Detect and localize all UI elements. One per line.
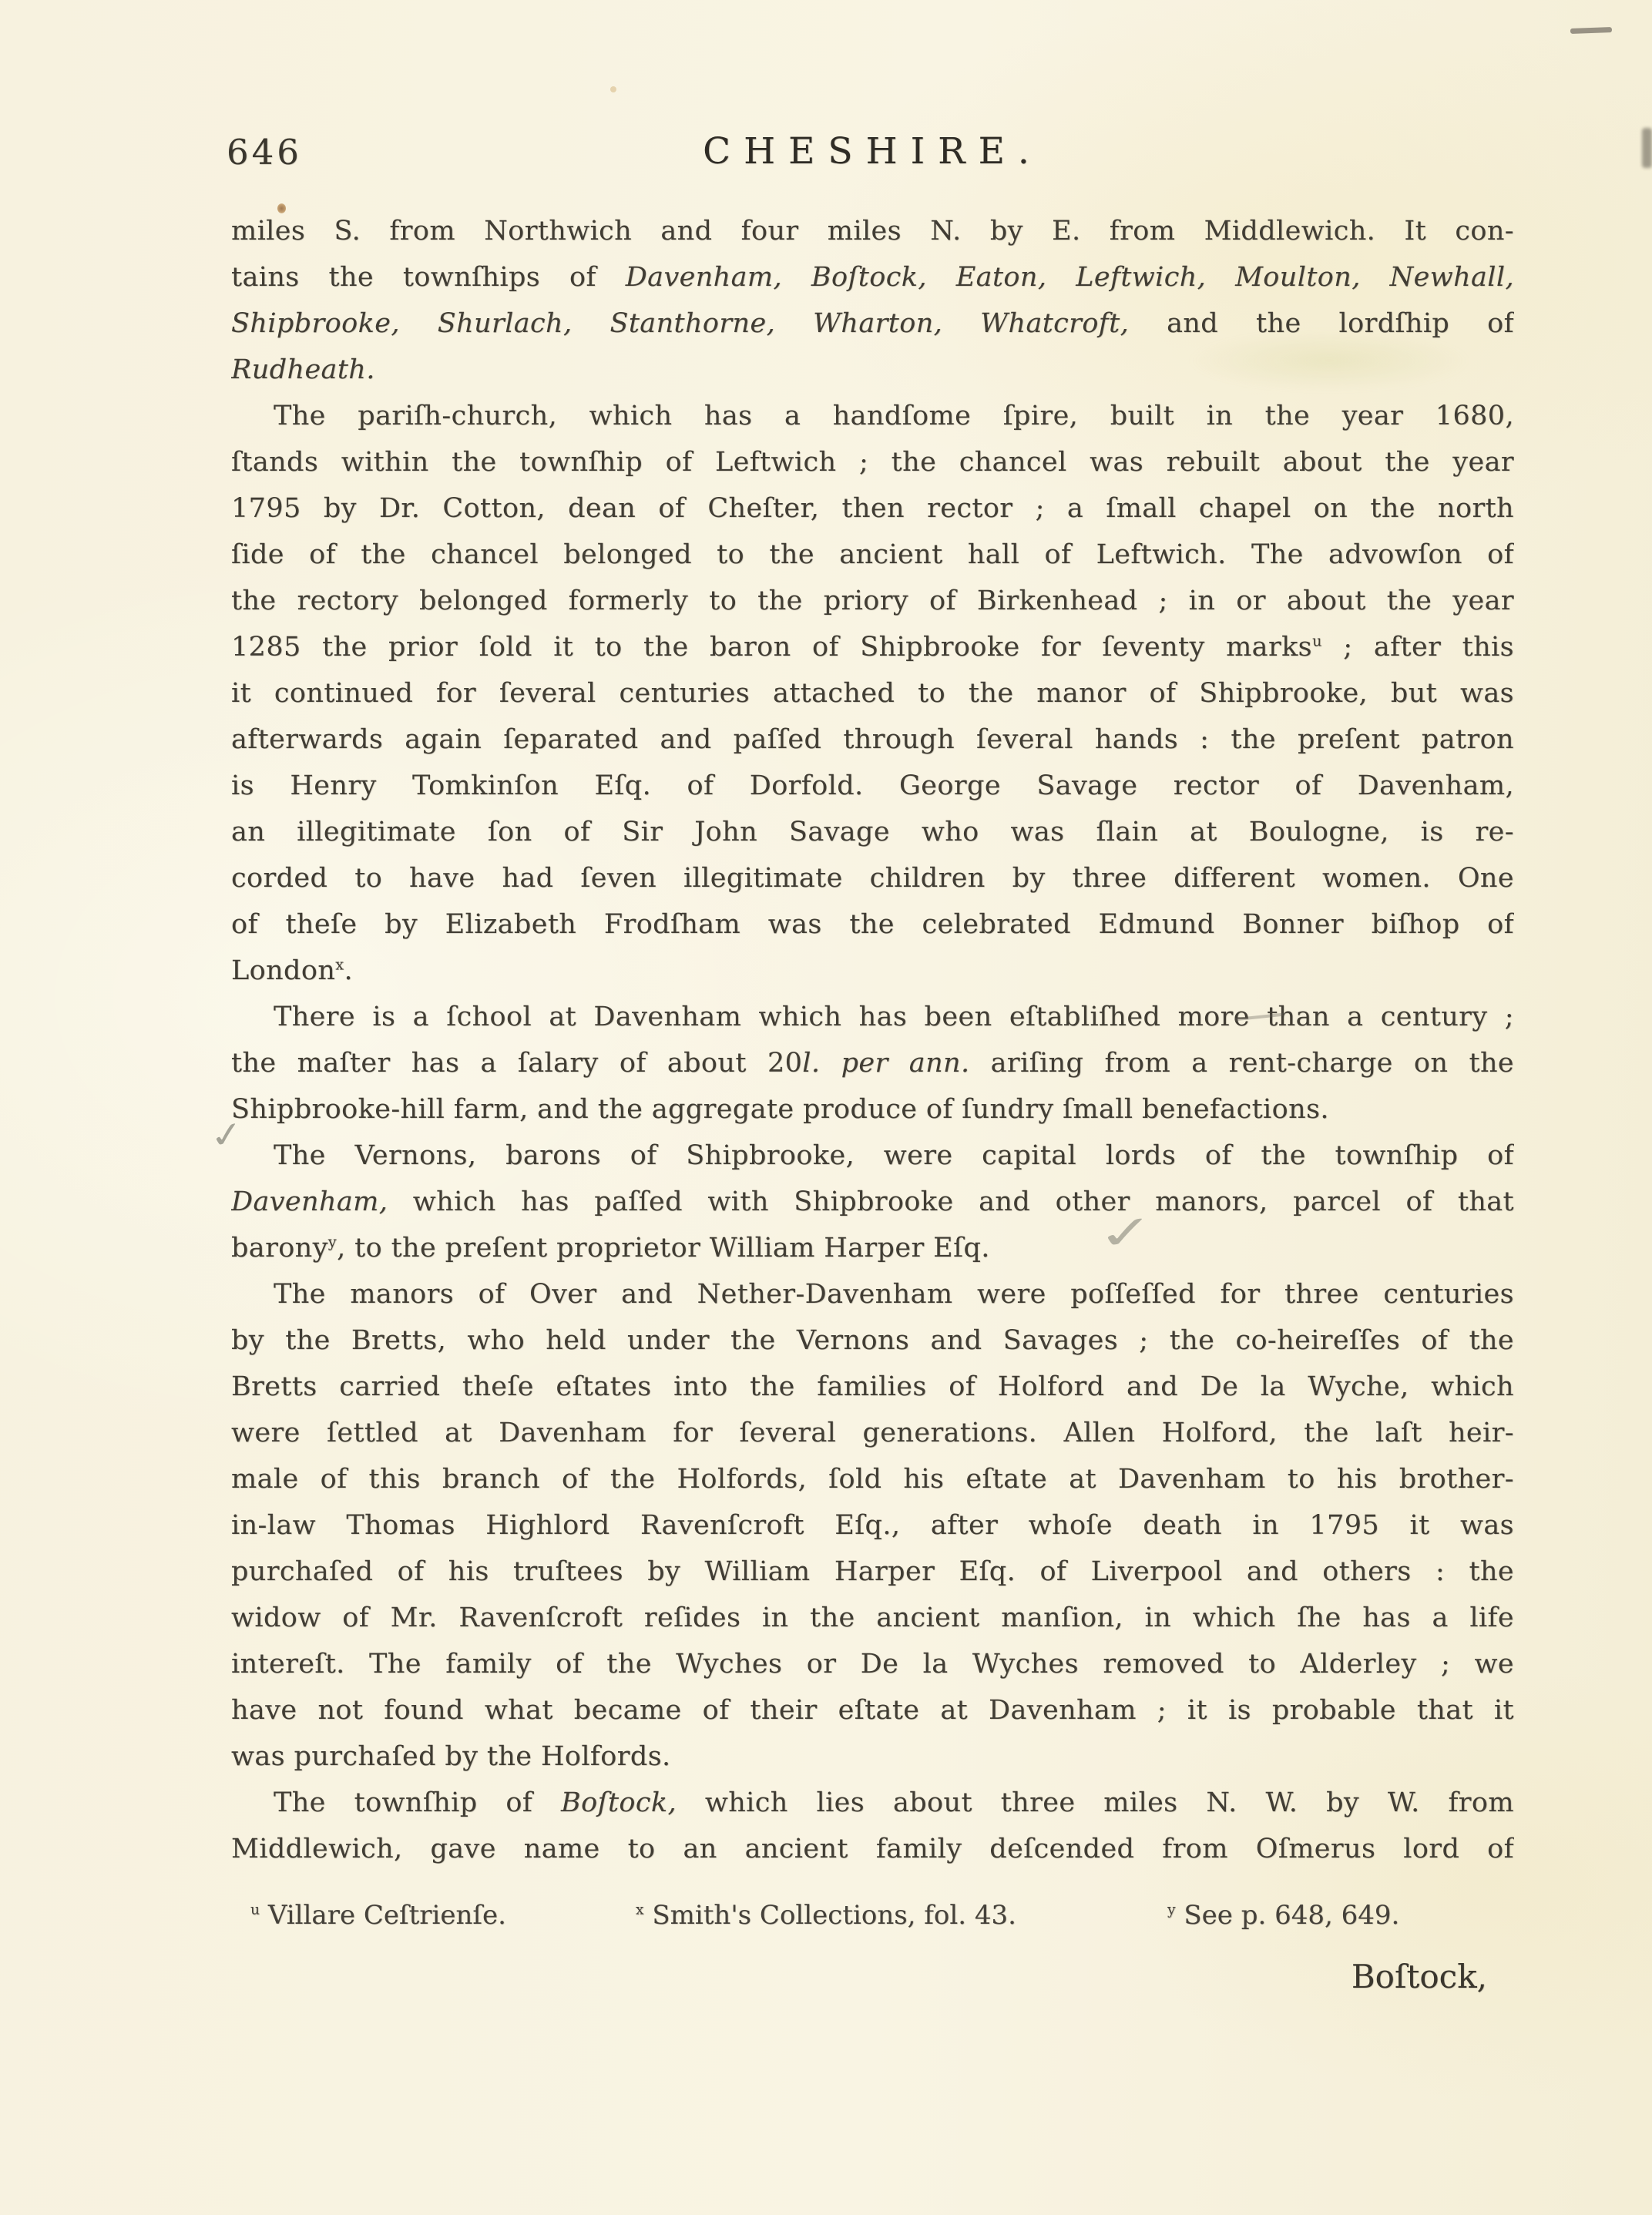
text-segment: which has paſſed with Shipbrooke and oth… <box>388 1186 1514 1217</box>
body-line: Middlewich, gave name to an ancient fami… <box>231 1826 1514 1872</box>
body-line: The manors of Over and Nether-Davenham w… <box>231 1271 1514 1317</box>
body-line: The townſhip of Boſtock, which lies abou… <box>231 1780 1514 1826</box>
footnote-marker: y <box>1167 1902 1176 1918</box>
text-segment: ſide of the chancel belonged to the anci… <box>231 539 1514 570</box>
pencil-checkmark-margin: ✓ <box>206 1113 247 1158</box>
body-line: purchaſed of his truſtees by William Har… <box>231 1549 1514 1595</box>
footnote: x Smith's Collections, fol. 43. <box>636 1897 1016 1934</box>
paper-fleck <box>610 86 616 92</box>
text-segment: purchaſed of his truſtees by William Har… <box>231 1556 1514 1587</box>
body-line: in-law Thomas Highlord Ravenſcroft Eſq.,… <box>231 1502 1514 1549</box>
pencil-checkmark-inline: ✓ <box>1095 1205 1157 1260</box>
text-segment: ; after this <box>1322 632 1514 663</box>
text-segment: London <box>231 955 335 986</box>
text-segment: l. <box>802 1048 820 1079</box>
text-segment: , to the preſent proprietor William Harp… <box>337 1233 990 1264</box>
body-line: 1795 by Dr. Cotton, dean of Cheſter, the… <box>231 485 1514 532</box>
footnote-text: See p. 648, 649. <box>1176 1900 1400 1931</box>
text-segment: the rectory belonged formerly to the pri… <box>231 586 1514 616</box>
text-segment: intereſt. The family of the Wyches or De… <box>231 1649 1514 1680</box>
body-line: 1285 the prior ſold it to the baron of S… <box>231 624 1514 670</box>
text-segment: miles S. from Northwich and four miles N… <box>231 216 1514 247</box>
text-segment: Rudheath. <box>231 354 375 385</box>
body-line: The pariſh-church, which has a handſome … <box>231 393 1514 439</box>
text-segment: which lies about three miles N. W. by W.… <box>677 1787 1514 1818</box>
footnote-reference: u <box>1312 632 1322 649</box>
footnote-text: Villare Ceſtrienſe. <box>260 1900 506 1931</box>
body-line: baronyy, to the preſent proprietor Willi… <box>231 1225 1514 1271</box>
text-segment: the maſter has a ſalary of about 20 <box>231 1048 802 1079</box>
text-segment: an illegitimate ſon of Sir John Savage w… <box>231 817 1514 847</box>
text-segment: Shipbrooke, Shurlach, Stanthorne, Wharto… <box>231 308 1129 339</box>
scanned-book-page: 646 CHESHIRE. miles S. from Northwich an… <box>0 0 1652 2215</box>
body-line: an illegitimate ſon of Sir John Savage w… <box>231 809 1514 855</box>
body-line: is Henry Tomkinſon Eſq. of Dorfold. Geor… <box>231 763 1514 809</box>
body-line: the rectory belonged formerly to the pri… <box>231 578 1514 624</box>
text-segment: corded to have had ſeven illegitimate ch… <box>231 863 1514 894</box>
text-segment: There is a ſchool at Davenham which has … <box>274 1002 1514 1032</box>
body-line: Shipbrooke-hill farm, and the aggregate … <box>231 1086 1514 1133</box>
scan-edge-mark <box>1570 27 1612 34</box>
footnote-reference: y <box>328 1233 337 1250</box>
body-text: miles S. from Northwich and four miles N… <box>231 208 1514 1872</box>
text-segment: by the Bretts, who held under the Vernon… <box>231 1325 1514 1356</box>
text-segment: tains the townſhips of <box>231 262 626 293</box>
text-segment: is Henry Tomkinſon Eſq. of Dorfold. Geor… <box>231 770 1514 801</box>
text-segment: were ſettled at Davenham for ſeveral gen… <box>231 1418 1514 1448</box>
text-segment <box>820 1048 841 1079</box>
body-line: of theſe by Elizabeth Frodſham was the c… <box>231 901 1514 948</box>
paper-smudge <box>1187 330 1472 391</box>
page-heading: CHESHIRE. <box>231 128 1514 176</box>
body-line: There is a ſchool at Davenham which has … <box>231 994 1514 1040</box>
text-segment: Bretts carried theſe eſtates into the fa… <box>231 1371 1514 1402</box>
body-line: miles S. from Northwich and four miles N… <box>231 208 1514 254</box>
footnotes: u Villare Ceſtrienſe.x Smith's Collectio… <box>0 1897 1652 1943</box>
text-segment: ariſing from a rent-charge on the <box>969 1048 1514 1079</box>
text-segment: Shipbrooke-hill farm, and the aggregate … <box>231 1094 1329 1125</box>
text-segment: The Vernons, barons of Shipbrooke, were … <box>274 1140 1514 1171</box>
text-segment: of theſe by Elizabeth Frodſham was the c… <box>231 909 1514 940</box>
text-segment: . <box>344 955 354 986</box>
body-line: The Vernons, barons of Shipbrooke, were … <box>231 1133 1514 1179</box>
body-line: male of this branch of the Holfords, ſol… <box>231 1456 1514 1502</box>
text-segment: Davenham, Boſtock, Eaton, Leftwich, Moul… <box>626 262 1514 293</box>
body-line: Davenham, which has paſſed with Shipbroo… <box>231 1179 1514 1225</box>
body-line: it continued for ſeveral centuries attac… <box>231 670 1514 717</box>
text-segment: 1795 by Dr. Cotton, dean of Cheſter, the… <box>231 493 1514 524</box>
text-segment: was purchaſed by the Holfords. <box>231 1741 671 1772</box>
text-segment: The pariſh-church, which has a handſome … <box>274 401 1514 431</box>
text-segment: have not found what became of their eſta… <box>231 1695 1514 1726</box>
text-segment: 1285 the prior ſold it to the baron of S… <box>231 632 1312 663</box>
body-line: Londonx. <box>231 948 1514 994</box>
footnote: u Villare Ceſtrienſe. <box>250 1897 506 1934</box>
body-line: afterwards again ſeparated and paſſed th… <box>231 717 1514 763</box>
text-segment: barony <box>231 1233 328 1264</box>
footnote-marker: x <box>636 1902 644 1918</box>
text-segment: male of this branch of the Holfords, ſol… <box>231 1464 1514 1495</box>
text-segment: it continued for ſeveral centuries attac… <box>231 678 1514 709</box>
text-segment: Davenham, <box>231 1186 388 1217</box>
text-segment: The townſhip of <box>274 1787 561 1818</box>
body-line: were ſettled at Davenham for ſeveral gen… <box>231 1410 1514 1456</box>
text-segment: afterwards again ſeparated and paſſed th… <box>231 724 1514 755</box>
footnote-reference: x <box>335 955 344 973</box>
text-segment: ſtands within the townſhip of Leftwich ;… <box>231 447 1514 478</box>
body-line: by the Bretts, who held under the Vernon… <box>231 1317 1514 1364</box>
text-segment: widow of Mr. Ravenſcroft reſides in the … <box>231 1603 1514 1633</box>
body-line: widow of Mr. Ravenſcroft reſides in the … <box>231 1595 1514 1641</box>
text-segment: per ann. <box>841 1048 970 1079</box>
paper-fleck <box>277 203 286 213</box>
text-segment: Middlewich, gave name to an ancient fami… <box>231 1834 1514 1864</box>
text-segment: in-law Thomas Highlord Ravenſcroft Eſq.,… <box>231 1510 1514 1541</box>
scan-edge-mark <box>1642 128 1652 168</box>
body-line: was purchaſed by the Holfords. <box>231 1733 1514 1780</box>
body-line: intereſt. The family of the Wyches or De… <box>231 1641 1514 1687</box>
body-line: ſtands within the townſhip of Leftwich ;… <box>231 439 1514 485</box>
body-line: the maſter has a ſalary of about 20l. pe… <box>231 1040 1514 1086</box>
body-line: ſide of the chancel belonged to the anci… <box>231 532 1514 578</box>
text-segment: Boſtock, <box>561 1787 677 1818</box>
footnote-text: Smith's Collections, fol. 43. <box>644 1900 1016 1931</box>
footnote-marker: u <box>250 1902 260 1918</box>
body-line: tains the townſhips of Davenham, Boſtock… <box>231 254 1514 300</box>
catchword: Boſtock, <box>231 1955 1487 1999</box>
body-line: have not found what became of their eſta… <box>231 1687 1514 1733</box>
body-line: Bretts carried theſe eſtates into the fa… <box>231 1364 1514 1410</box>
body-line: corded to have had ſeven illegitimate ch… <box>231 855 1514 901</box>
text-segment: The manors of Over and Nether-Davenham w… <box>274 1279 1514 1310</box>
footnote: y See p. 648, 649. <box>1167 1897 1399 1934</box>
